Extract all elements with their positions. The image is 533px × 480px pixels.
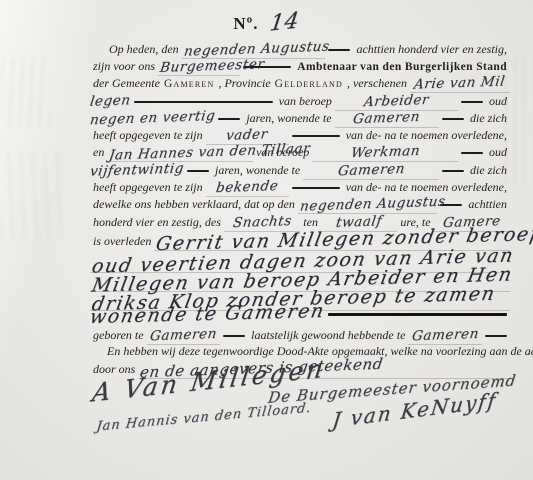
printed-text: is overleden <box>90 234 154 249</box>
form-blank: Jan Hannes van den Tillaar <box>107 143 253 162</box>
printed-text: die zich <box>467 163 510 178</box>
handwritten-entry: Werkman <box>349 143 420 162</box>
printed-text: heeft opgegeven te zijn <box>90 180 206 195</box>
form-blank: Gameren <box>147 326 221 345</box>
printed-text: achttien <box>465 197 510 212</box>
document-line: der Gemeente Gameren , Provincie Gelderl… <box>90 74 510 93</box>
handwritten-entry: Gameren <box>352 109 421 127</box>
bleedthrough-smudge <box>2 58 50 128</box>
fill-dash <box>442 170 464 172</box>
handwritten-signature: Jan Hannis van den Tilloard. <box>95 400 312 434</box>
printed-text: Gelderland <box>274 78 344 90</box>
fill-dash <box>292 135 340 137</box>
printed-text: oud <box>486 145 510 160</box>
printed-text: achttien honderd vier en zestig, <box>353 42 510 57</box>
number-label: Nº. <box>233 14 258 33</box>
signature-declarant-2: Jan Hannis van den Tilloard. <box>96 408 312 426</box>
handwritten-entry: Arie van Mil <box>413 73 506 92</box>
handwritten-entry: legen <box>89 92 132 110</box>
printed-text: jaren, wonende te <box>212 163 303 178</box>
handwritten-entry: negenden Augustus <box>299 193 447 214</box>
fill-dash <box>461 101 483 103</box>
printed-text: laatstelijk gewoond hebbende te <box>248 328 408 343</box>
printed-text: van beroep <box>276 94 335 109</box>
bleedthrough-smudge <box>0 150 60 240</box>
printed-text: van de- na te noemen overledene, <box>343 128 510 143</box>
fill-dash <box>292 187 340 189</box>
printed-text: Ambtenaar van den Burgerlijken Stand <box>294 61 510 73</box>
fill-dash <box>485 335 507 337</box>
handwritten-entry: vijfentwintig <box>89 160 185 179</box>
printed-text: der Gemeente <box>90 76 163 91</box>
form-blank: Gameren <box>408 326 482 345</box>
printed-text: Gameren <box>163 78 215 90</box>
form-blank: negenden Augustus <box>298 195 438 214</box>
document-line: en Jan Hannes van den Tillaar van beroep… <box>90 143 510 162</box>
form-blank: Werkman <box>312 143 458 162</box>
printed-text: , Provincie <box>215 76 273 91</box>
form-blank: Arie van Mil <box>410 74 510 93</box>
fill-dash <box>461 152 483 154</box>
fill-dash <box>134 101 273 103</box>
death-certificate-scan: Nº. 14 Op heden, den negenden Augustus a… <box>0 0 533 480</box>
fill-dash <box>328 313 507 316</box>
printed-text: Op heden, den <box>106 42 182 57</box>
handwritten-entry: Arbeider <box>363 92 430 110</box>
printed-text: die zich <box>467 111 510 126</box>
fill-dash <box>218 118 240 120</box>
printed-text: jaren, wonende te <box>243 111 334 126</box>
document-line: wonende te Gameren <box>90 303 510 325</box>
printed-text: van de- na te noemen overledene, <box>343 180 510 195</box>
fill-dash <box>223 335 245 337</box>
printed-text: oud <box>486 94 510 109</box>
printed-text: en <box>90 145 107 160</box>
handwritten-entry: Gameren <box>149 326 218 344</box>
fill-dash <box>442 118 464 120</box>
handwritten-entry: Gameren <box>336 161 405 179</box>
printed-text: geboren te <box>90 328 147 343</box>
fill-dash <box>187 170 209 172</box>
handwritten-entry: Burgemeester <box>159 56 266 76</box>
signature-burgemeester: J van KeNuyff <box>332 398 498 422</box>
printed-text: zijn voor ons <box>90 59 158 74</box>
printed-text: heeft opgegeven te zijn <box>90 128 206 143</box>
printed-text: dewelke ons hebben verklaard, dat op den <box>90 197 298 212</box>
fill-dash <box>328 49 350 51</box>
document-line: geboren te Gameren laatstelijk gewoond h… <box>90 326 510 345</box>
document-number: Nº. 14 <box>0 10 533 35</box>
document-line: dewelke ons hebben verklaard, dat op den… <box>90 195 510 214</box>
handwritten-entry: wonende te Gameren <box>88 300 327 328</box>
number-value-handwritten: 14 <box>269 8 302 37</box>
handwritten-entry: bekende <box>215 178 280 196</box>
handwritten-entry: Gameren <box>411 326 480 344</box>
printed-text: , verschenen <box>344 76 410 91</box>
